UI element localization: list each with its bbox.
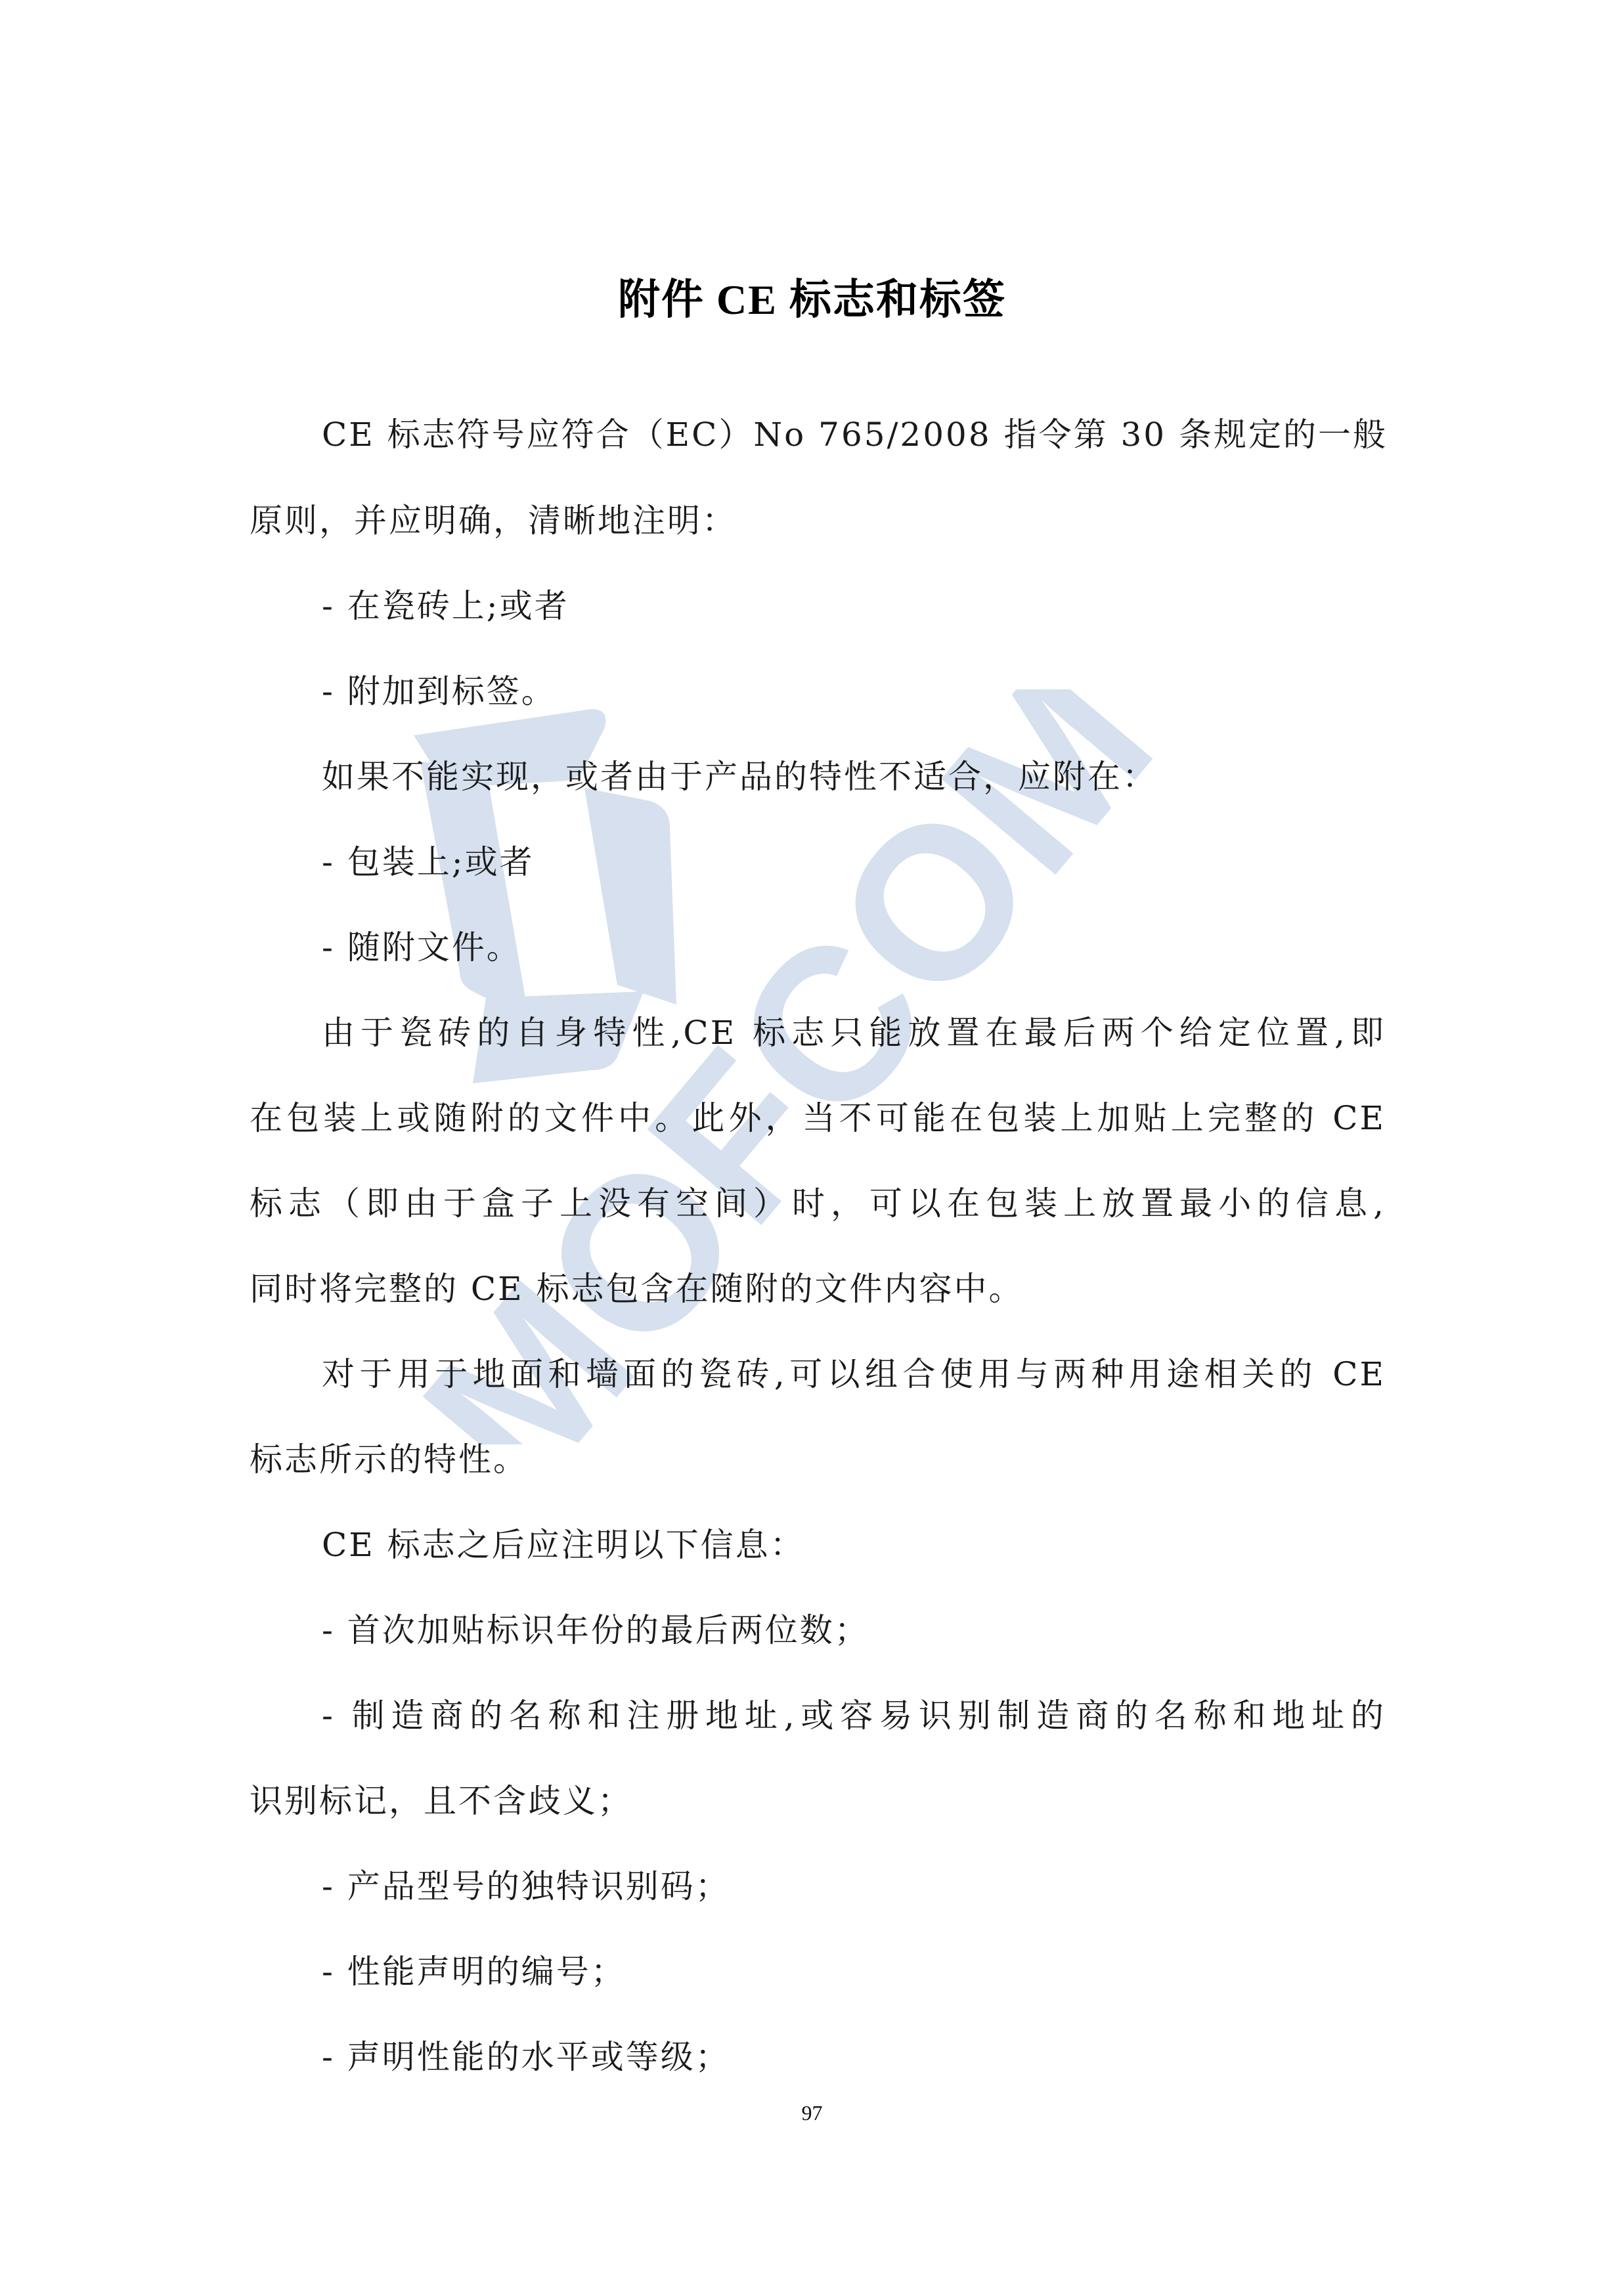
paragraph-line: 由于瓷砖的自身特性,CE 标志只能放置在最后两个给定位置,即 — [322, 1013, 1386, 1052]
list-item: - 首次加贴标识年份的最后两位数； — [322, 1611, 869, 1650]
document-page: MOFCOM 附件 CE 标志和标签 CE 标志符号应符合（EC）No 765/… — [0, 0, 1624, 2296]
list-item: - 制造商的名称和注册地址,或容易识别制造商的名称和地址的 — [322, 1696, 1386, 1735]
paragraph-line: 同时将完整的 CE 标志包含在随附的文件内容中。 — [250, 1269, 1024, 1309]
list-item: - 随附文件。 — [322, 928, 521, 967]
paragraph-line: 对于用于地面和墙面的瓷砖,可以组合使用与两种用途相关的 CE — [322, 1354, 1386, 1394]
list-item: - 在瓷砖上;或者 — [322, 586, 569, 626]
page-number: 97 — [0, 2101, 1624, 2125]
list-item: - 包装上;或者 — [322, 842, 535, 882]
paragraph-line: 在包装上或随附的文件中。此外，当不可能在包装上加贴上完整的 CE — [250, 1098, 1386, 1138]
list-item-continuation: 识别标记，且不含歧义； — [250, 1781, 632, 1821]
list-item: - 声明性能的水平或等级； — [322, 2037, 730, 2077]
paragraph-line: 标志（即由于盒子上没有空间）时，可以在包装上放置最小的信息, — [250, 1184, 1386, 1223]
paragraph-line: 如果不能实现，或者由于产品的特性不适合，应附在： — [322, 757, 1157, 796]
paragraph-line: 标志所示的特性。 — [250, 1440, 528, 1479]
page-title: 附件 CE 标志和标签 — [0, 266, 1624, 326]
paragraph-line: CE 标志符号应符合（EC）No 765/2008 指令第 30 条规定的一般 — [322, 415, 1386, 454]
paragraph-line: CE 标志之后应注明以下信息： — [322, 1525, 805, 1565]
list-item: - 性能声明的编号； — [322, 1952, 626, 1991]
list-item: - 产品型号的独特识别码； — [322, 1867, 730, 1906]
mofcom-watermark-logo: MOFCOM — [368, 689, 1221, 1444]
paragraph-line: 原则，并应明确，清晰地注明： — [250, 501, 737, 540]
list-item: - 附加到标签。 — [322, 672, 556, 711]
svg-text:MOFCOM: MOFCOM — [377, 689, 1197, 1444]
